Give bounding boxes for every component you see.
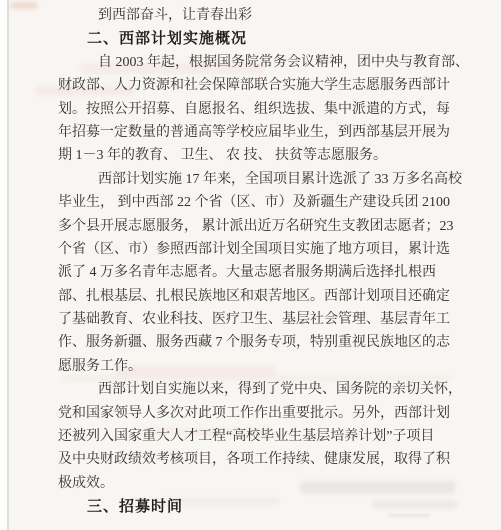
text-line: 毕业生， 到中西部 22 个省（区、市）及新疆生产建设兵团 2100 [0, 191, 501, 214]
section-heading: 三、招募时间 [0, 495, 501, 518]
text-line: 财政部、人力资源和社会保障部联合实施大学生志愿服务西部计 [0, 74, 501, 97]
text-line: 个省（区、市）参照西部计划全国项目实施了地方项目，累计选 [0, 238, 501, 261]
text-line: 愿服务工作。 [0, 355, 501, 378]
text-line: 西部计划实施 17 年来，全国项目累计选派了 33 万多名高校 [0, 168, 501, 191]
document-body: 到西部奋斗，让青春出彩二、西部计划实施概况自 2003 年起，根据国务院常务会议… [0, 4, 501, 519]
text-line: 了基础教育、农业科技、医疗卫生、基层社会管理、基层青年工 [0, 308, 501, 331]
text-line: 自 2003 年起，根据国务院常务会议精神，团中央与教育部、 [0, 51, 501, 74]
text-line: 还被列入国家重大人才工程“高校毕业生基层培养计划”子项目 [0, 425, 501, 448]
text-line: 极成效。 [0, 472, 501, 495]
text-line: 划。按照公开招募、自愿报名、组织选拔、集中派遣的方式，每 [0, 98, 501, 121]
text-line: 多个县开展志愿服务， 累计派出近万名研究生支教团志愿者；23 [0, 215, 501, 238]
text-line: 到西部奋斗，让青春出彩 [0, 4, 501, 27]
text-line: 及中央财政绩效考核项目，各项工作持续、健康发展，取得了积 [0, 448, 501, 471]
text-line: 期 1－3 年的教育、 卫生、 农 技、 扶贫等志愿服务。 [0, 144, 501, 167]
text-line: 西部计划自实施以来，得到了党中央、国务院的亲切关怀， [0, 378, 501, 401]
text-line: 党和国家领导人多次对此项工作作出重要批示。另外，西部计划 [0, 402, 501, 425]
scanned-document-page: 到西部奋斗，让青春出彩二、西部计划实施概况自 2003 年起，根据国务院常务会议… [0, 0, 501, 530]
text-line: 部、扎根基层、扎根民族地区和艰苦地区。西部计划项目还确定 [0, 285, 501, 308]
text-line: 年招募一定数量的普通高等学校应届毕业生，到西部基层开展为 [0, 121, 501, 144]
text-line: 派了 4 万多名青年志愿者。大量志愿者服务期满后选择扎根西 [0, 261, 501, 284]
text-line: 作、服务新疆、服务西藏 7 个服务专项，特别重视民族地区的志 [0, 331, 501, 354]
section-heading: 二、西部计划实施概况 [0, 27, 501, 50]
